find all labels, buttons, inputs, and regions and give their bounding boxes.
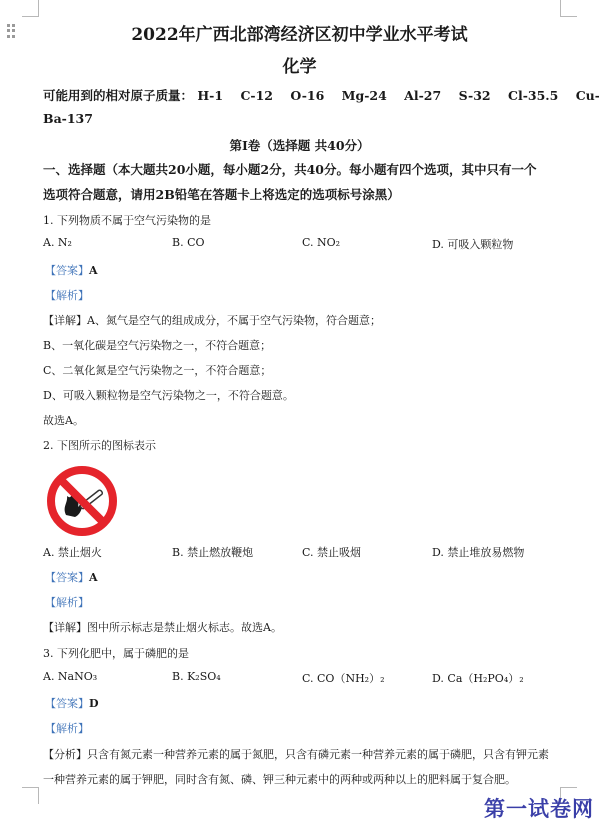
option-c: C. NO₂ xyxy=(302,236,340,249)
section-instructions: 选项符合题意，请用2B铅笔在答题卡上将选定的选项标号涂黑） xyxy=(43,185,400,203)
option-b: B. K₂SO₄ xyxy=(172,670,221,683)
atomic-mass-item: Ba-137 xyxy=(43,111,93,126)
option-d: D. Ca（H₂PO₄）₂ xyxy=(432,670,524,686)
analysis-tag: 【解析】 xyxy=(45,594,89,610)
atomic-masses-label: 可能用到的相对原子质量： xyxy=(43,88,193,103)
answer-line: 【答案】D xyxy=(45,695,99,711)
option-a: A. NaNO₃ xyxy=(43,670,97,683)
detail-line: 一种营养元素的属于钾肥，同时含有氮、磷、钾三种元素中的两种或两种以上的肥料属于复… xyxy=(43,771,516,787)
question-stem: 1. 下列物质不属于空气污染物的是 xyxy=(43,212,211,228)
answer-value: A xyxy=(89,264,98,277)
answer-value: D xyxy=(89,697,99,710)
detail-line: D、可吸入颗粒物是空气污染物之一，不符合题意。 xyxy=(43,387,294,403)
detail-line: C、二氧化氮是空气污染物之一，不符合题意； xyxy=(43,362,271,378)
atomic-mass-item: H-1 xyxy=(197,88,223,103)
atomic-mass-item: Cl-35.5 xyxy=(508,88,558,103)
question-stem: 3. 下列化肥中，属于磷肥的是 xyxy=(43,645,189,661)
option-a: A. N₂ xyxy=(43,236,72,249)
option-d: D. 可吸入颗粒物 xyxy=(432,236,513,252)
subject-title: 化学 xyxy=(0,52,599,77)
question-stem: 2. 下图所示的图标表示 xyxy=(43,437,156,453)
option-c: C. CO（NH₂）₂ xyxy=(302,670,385,686)
no-open-flame-sign-icon xyxy=(44,463,120,539)
atomic-mass-item: S-32 xyxy=(459,88,491,103)
option-c: C. 禁止吸烟 xyxy=(302,544,361,560)
detail-line: 故选A。 xyxy=(43,412,84,428)
answer-tag: 【答案】 xyxy=(45,264,89,277)
atomic-mass-item: O-16 xyxy=(290,88,324,103)
answer-tag: 【答案】 xyxy=(45,697,89,710)
answer-tag: 【答案】 xyxy=(45,571,89,584)
page-corner-mark xyxy=(22,787,39,804)
page-corner-mark xyxy=(22,0,39,17)
detail-line: 【详解】图中所示标志是禁止烟火标志。故选A。 xyxy=(43,619,282,635)
option-b: B. CO xyxy=(172,236,205,249)
answer-line: 【答案】A xyxy=(45,262,98,278)
document-title: 2022年广西北部湾经济区初中学业水平考试 xyxy=(0,20,599,45)
atomic-mass-item: C-12 xyxy=(240,88,273,103)
option-b: B. 禁止燃放鞭炮 xyxy=(172,544,253,560)
detail-line: 【分析】只含有氮元素一种营养元素的属于氮肥，只含有磷元素一种营养元素的属于磷肥，… xyxy=(43,746,549,762)
atomic-mass-item: Cu-64 xyxy=(576,88,599,103)
answer-line: 【答案】A xyxy=(45,569,98,585)
analysis-tag: 【解析】 xyxy=(45,720,89,736)
atomic-mass-item: Mg-24 xyxy=(342,88,387,103)
atomic-masses: 可能用到的相对原子质量： H-1 C-12 O-16 Mg-24 Al-27 S… xyxy=(43,86,599,104)
analysis-tag: 【解析】 xyxy=(45,287,89,303)
option-d: D. 禁止堆放易燃物 xyxy=(432,544,524,560)
detail-line: 【详解】A、氮气是空气的组成成分，不属于空气污染物，符合题意； xyxy=(43,312,381,328)
option-a: A. 禁止烟火 xyxy=(43,544,102,560)
detail-line: B、一氧化碳是空气污染物之一，不符合题意； xyxy=(43,337,271,353)
answer-value: A xyxy=(89,571,98,584)
watermark-logo: 第一试卷网 xyxy=(484,793,594,823)
page-corner-mark xyxy=(560,0,577,17)
section-instructions: 一、选择题（本大题共20小题，每小题2分，共40分。每小题有四个选项，其中只有一… xyxy=(43,160,537,178)
section-title: 第Ⅰ卷（选择题 共40分） xyxy=(0,136,599,154)
atomic-mass-item: Al-27 xyxy=(404,88,441,103)
